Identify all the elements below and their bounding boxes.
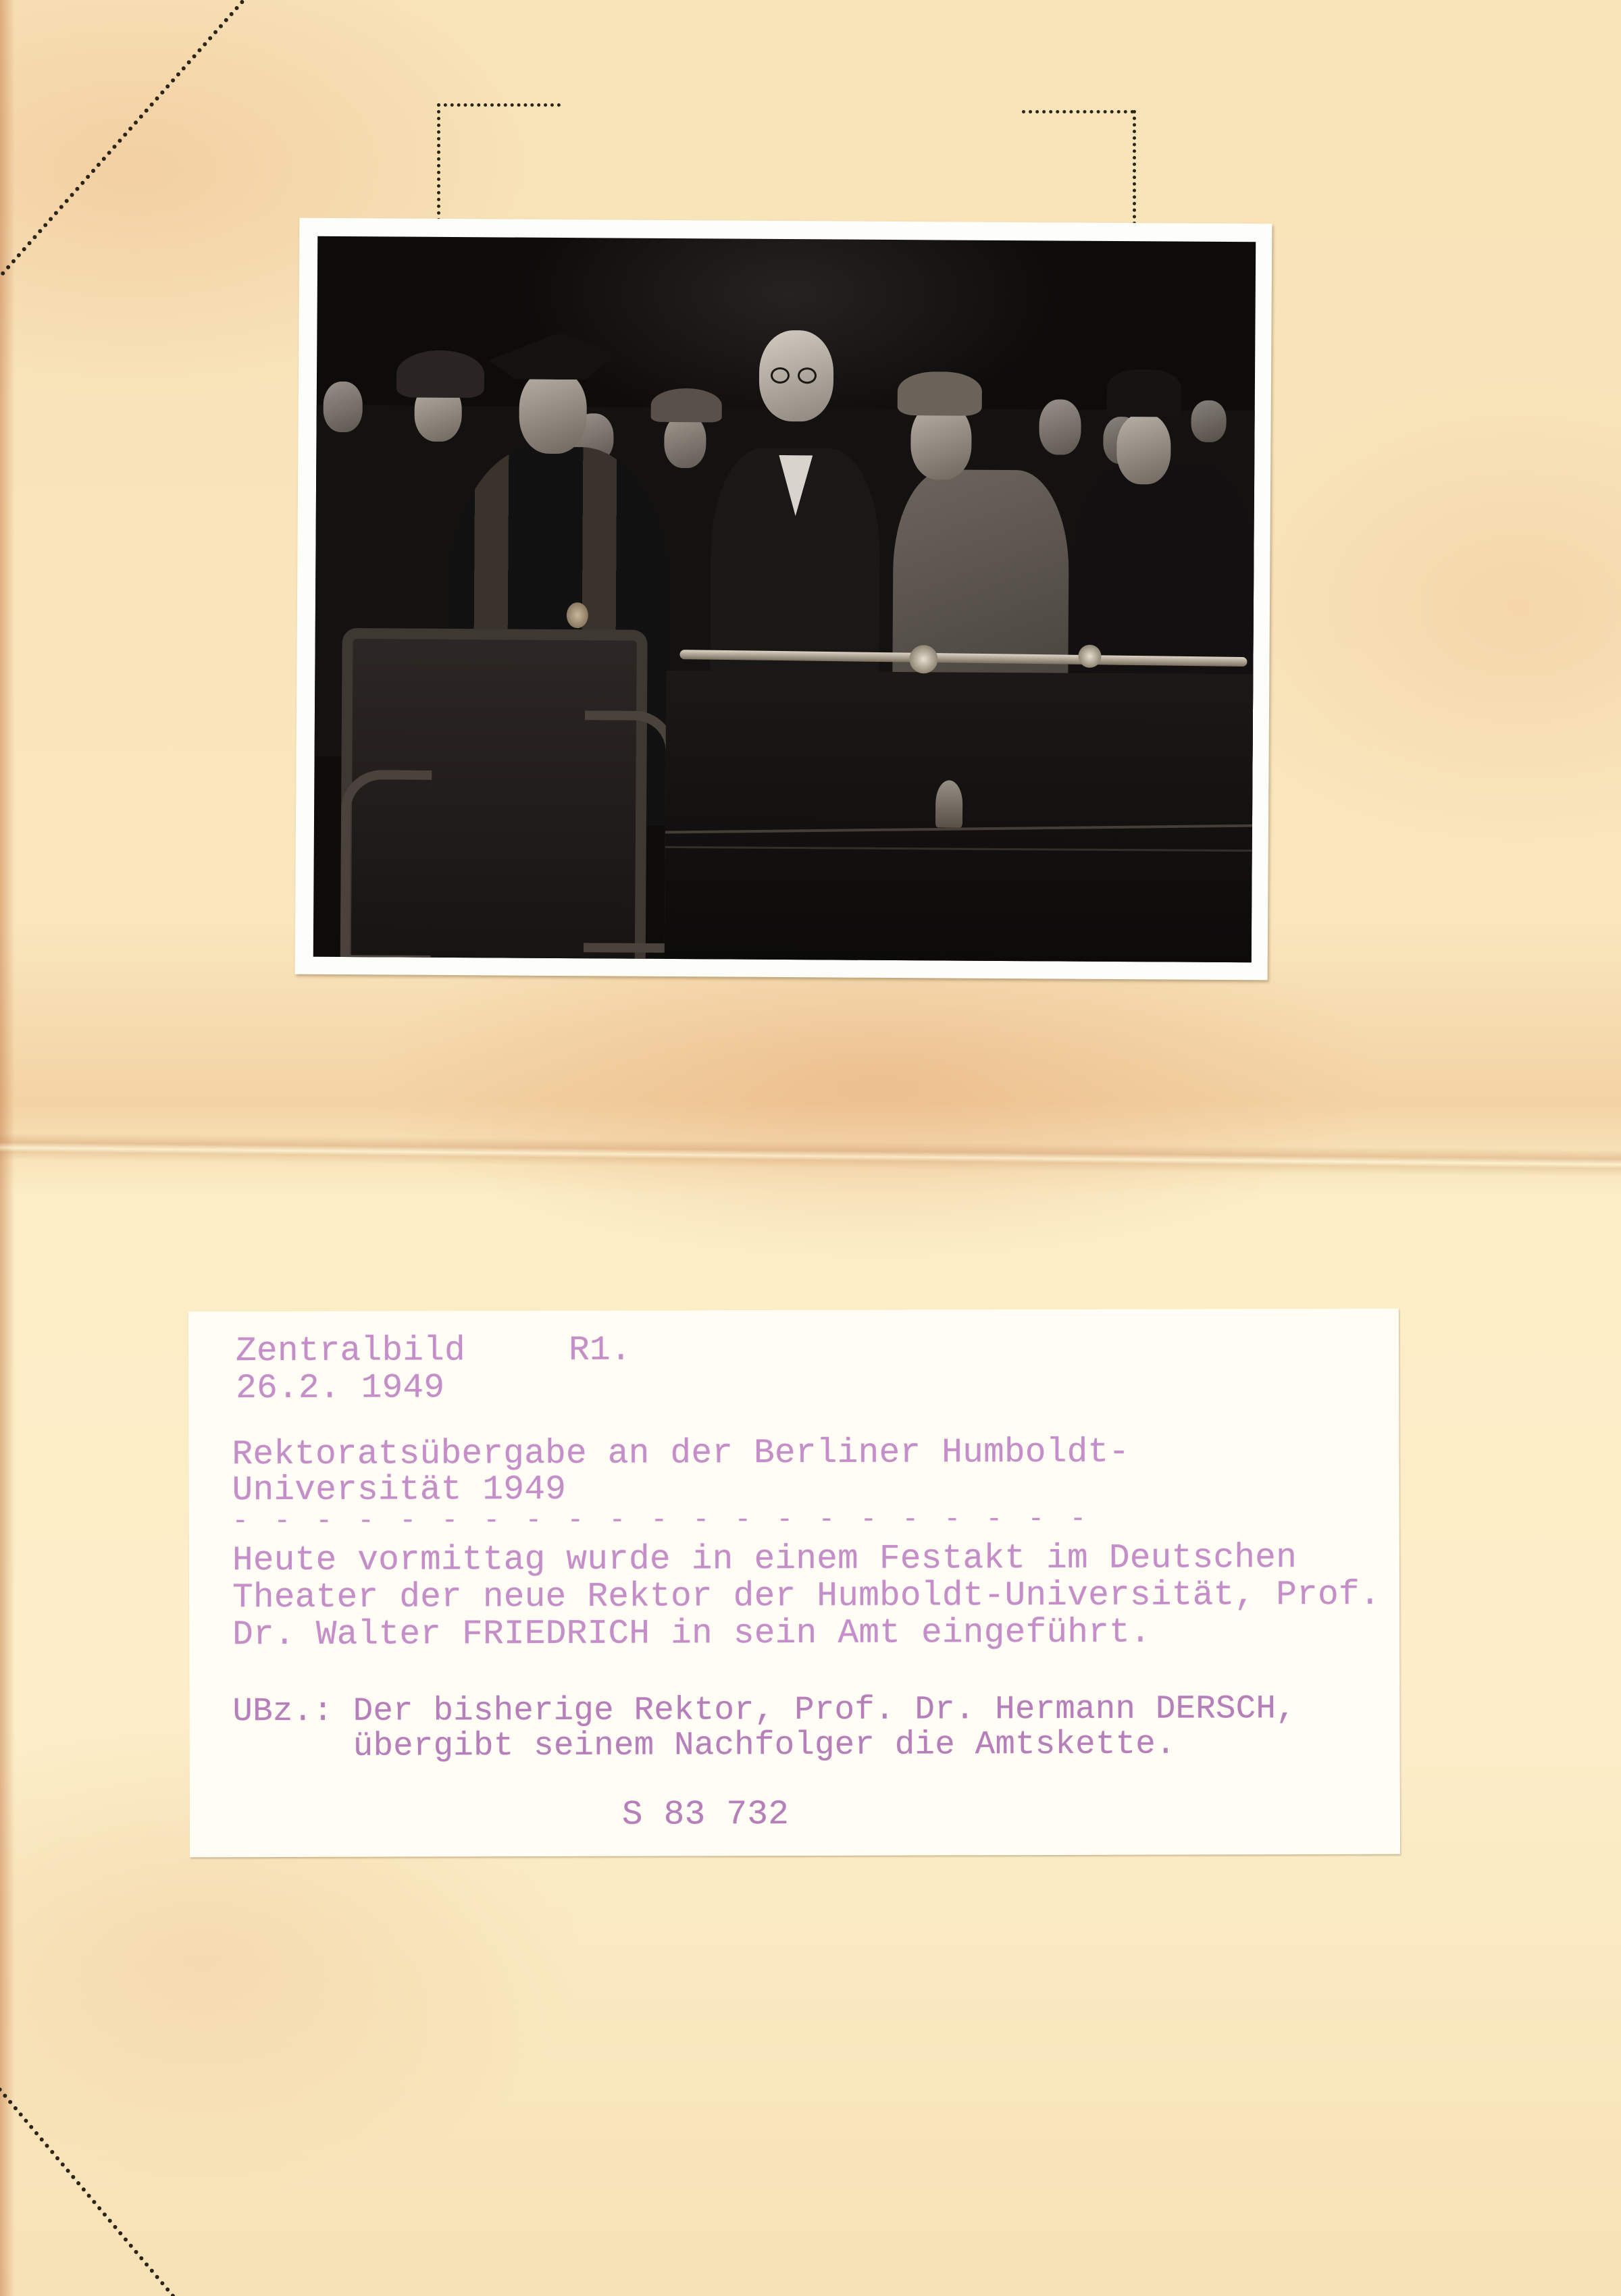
photo-subtitle-line-1: UBz.: Der bisherige Rektor, Prof. Dr. He… bbox=[232, 1690, 1295, 1730]
body-line-2: Theater der neue Rektor der Humboldt-Uni… bbox=[232, 1577, 1381, 1617]
body-line-3: Dr. Walter FRIEDRICH in sein Amt eingefü… bbox=[232, 1615, 1151, 1654]
dashed-separator: - - - - - - - - - - - - - - - - - - - - … bbox=[232, 1501, 1091, 1540]
mortarboard-hat bbox=[489, 332, 617, 380]
body-line-1: Heute vormittag wurde in einem Festakt i… bbox=[232, 1540, 1297, 1580]
dotted-bracket-left-horizontal bbox=[437, 103, 561, 107]
photograph-image bbox=[313, 236, 1256, 962]
dotted-corner-line-bottom bbox=[0, 2087, 176, 2296]
rector-head bbox=[519, 369, 587, 454]
headline-line-1: Rektoratsübergabe an der Berliner Humbol… bbox=[232, 1434, 1129, 1473]
dotted-bracket-left-vertical bbox=[437, 103, 440, 221]
photo-subtitle-line-2: übergibt seinem Nachfolger die Amtskette… bbox=[233, 1726, 1176, 1766]
person-far-left bbox=[323, 382, 362, 432]
fold-crease bbox=[0, 1132, 1621, 1176]
dotted-bracket-right-vertical bbox=[1133, 110, 1136, 232]
chain-medal bbox=[567, 602, 588, 628]
caption-date: 26.2. 1949 bbox=[236, 1369, 444, 1407]
agency-name: Zentralbild bbox=[236, 1332, 465, 1370]
dotted-corner-line-top bbox=[0, 0, 245, 276]
archive-number: S 83 732 bbox=[622, 1796, 789, 1834]
dotted-bracket-right-horizontal bbox=[1022, 110, 1134, 113]
photographer-code: R1. bbox=[569, 1332, 632, 1369]
photograph bbox=[295, 218, 1272, 981]
caption-card: Zentralbild R1. 26.2. 1949 Rektoratsüber… bbox=[188, 1309, 1400, 1858]
beret-hat bbox=[898, 371, 982, 416]
